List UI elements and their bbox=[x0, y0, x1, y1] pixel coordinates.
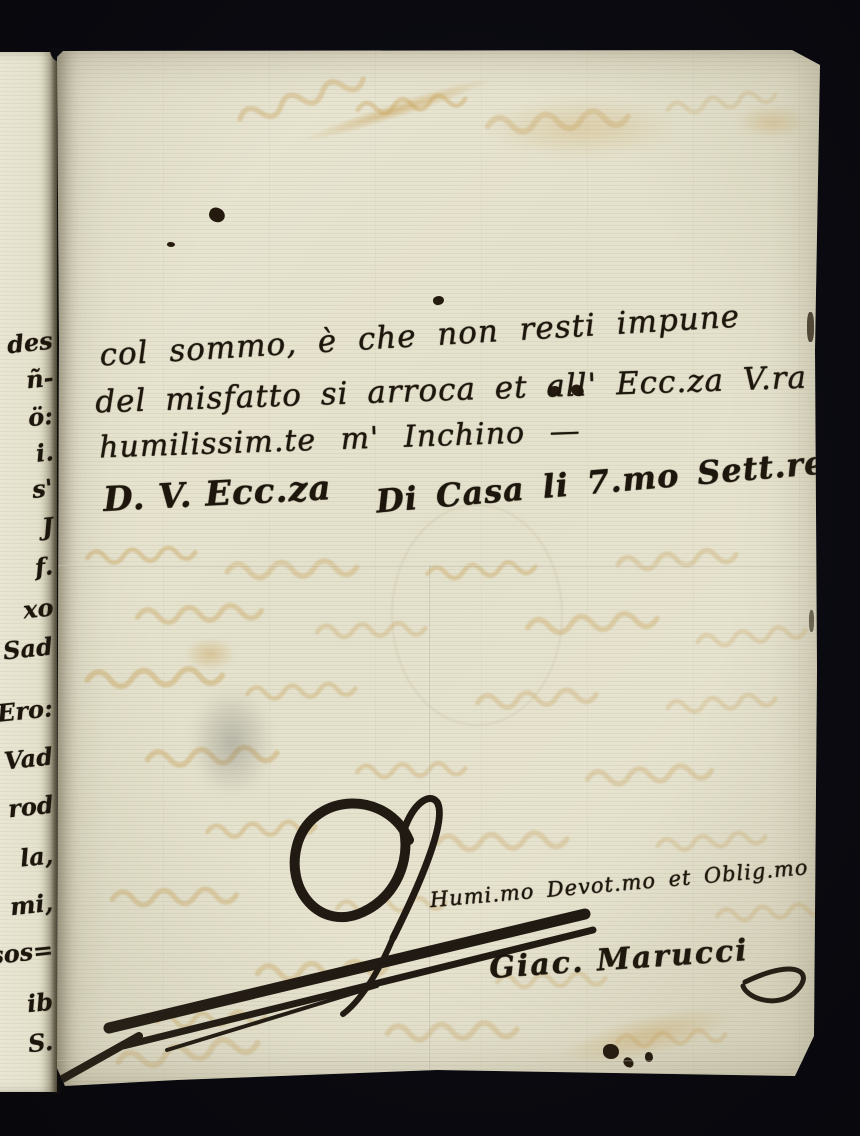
paper-stain bbox=[737, 105, 807, 139]
paper-stain bbox=[487, 98, 677, 158]
facing-page-text-fragment: Sad bbox=[2, 631, 54, 665]
facing-page-text-fragment: mi, bbox=[9, 888, 55, 921]
signature-honorific: Humi.mo Devot.mo et Oblig.mo Ser.re bbox=[429, 848, 860, 912]
ink-speck bbox=[167, 242, 175, 247]
bleedthrough-ghost-writing bbox=[57, 50, 820, 1086]
facing-page-text-fragment: Ero: bbox=[0, 693, 54, 728]
fold-crease bbox=[57, 565, 820, 567]
paper-stain bbox=[299, 71, 494, 148]
letter-valediction: D. V. Ecc.za bbox=[102, 468, 332, 520]
letter-body-line-2: del misfatto si arroca et all' Ecc.za V.… bbox=[95, 360, 808, 421]
ink-speck bbox=[603, 1044, 619, 1059]
scanned-manuscript-page: des ñ- ö: i. s' J f. xo Sad Ero: Vad rod… bbox=[0, 0, 860, 1136]
edge-ink-mark bbox=[809, 610, 814, 632]
ink-speck bbox=[621, 1056, 635, 1070]
edge-ink-mark bbox=[807, 312, 814, 342]
fold-crease bbox=[57, 1060, 820, 1062]
paper-stain bbox=[185, 638, 235, 670]
paper-stain bbox=[555, 995, 739, 1077]
facing-page-edge: des ñ- ö: i. s' J f. xo Sad Ero: Vad rod… bbox=[0, 52, 57, 1092]
letter-body-line-3: humilissim.te m' Inchino — bbox=[99, 414, 582, 466]
signature-name: Giac. Marucci bbox=[488, 933, 750, 986]
paper-vignette bbox=[57, 50, 820, 1086]
manuscript-page: col sommo, è che non resti impune del mi… bbox=[57, 50, 820, 1086]
fold-crease bbox=[428, 565, 430, 1086]
letter-body-line-1: col sommo, è che non resti impune bbox=[98, 298, 740, 373]
smudge-stain bbox=[192, 690, 272, 795]
facing-page-text-fragment: Vad bbox=[3, 742, 55, 776]
ink-speck bbox=[432, 295, 445, 307]
signature-flourish-graphic bbox=[57, 50, 820, 1086]
facing-page-text-fragment: sos= bbox=[0, 935, 54, 970]
ink-speck bbox=[207, 206, 227, 225]
facing-page-text-fragment: des bbox=[6, 326, 54, 360]
facing-page-text-fragment: rod bbox=[6, 790, 54, 824]
